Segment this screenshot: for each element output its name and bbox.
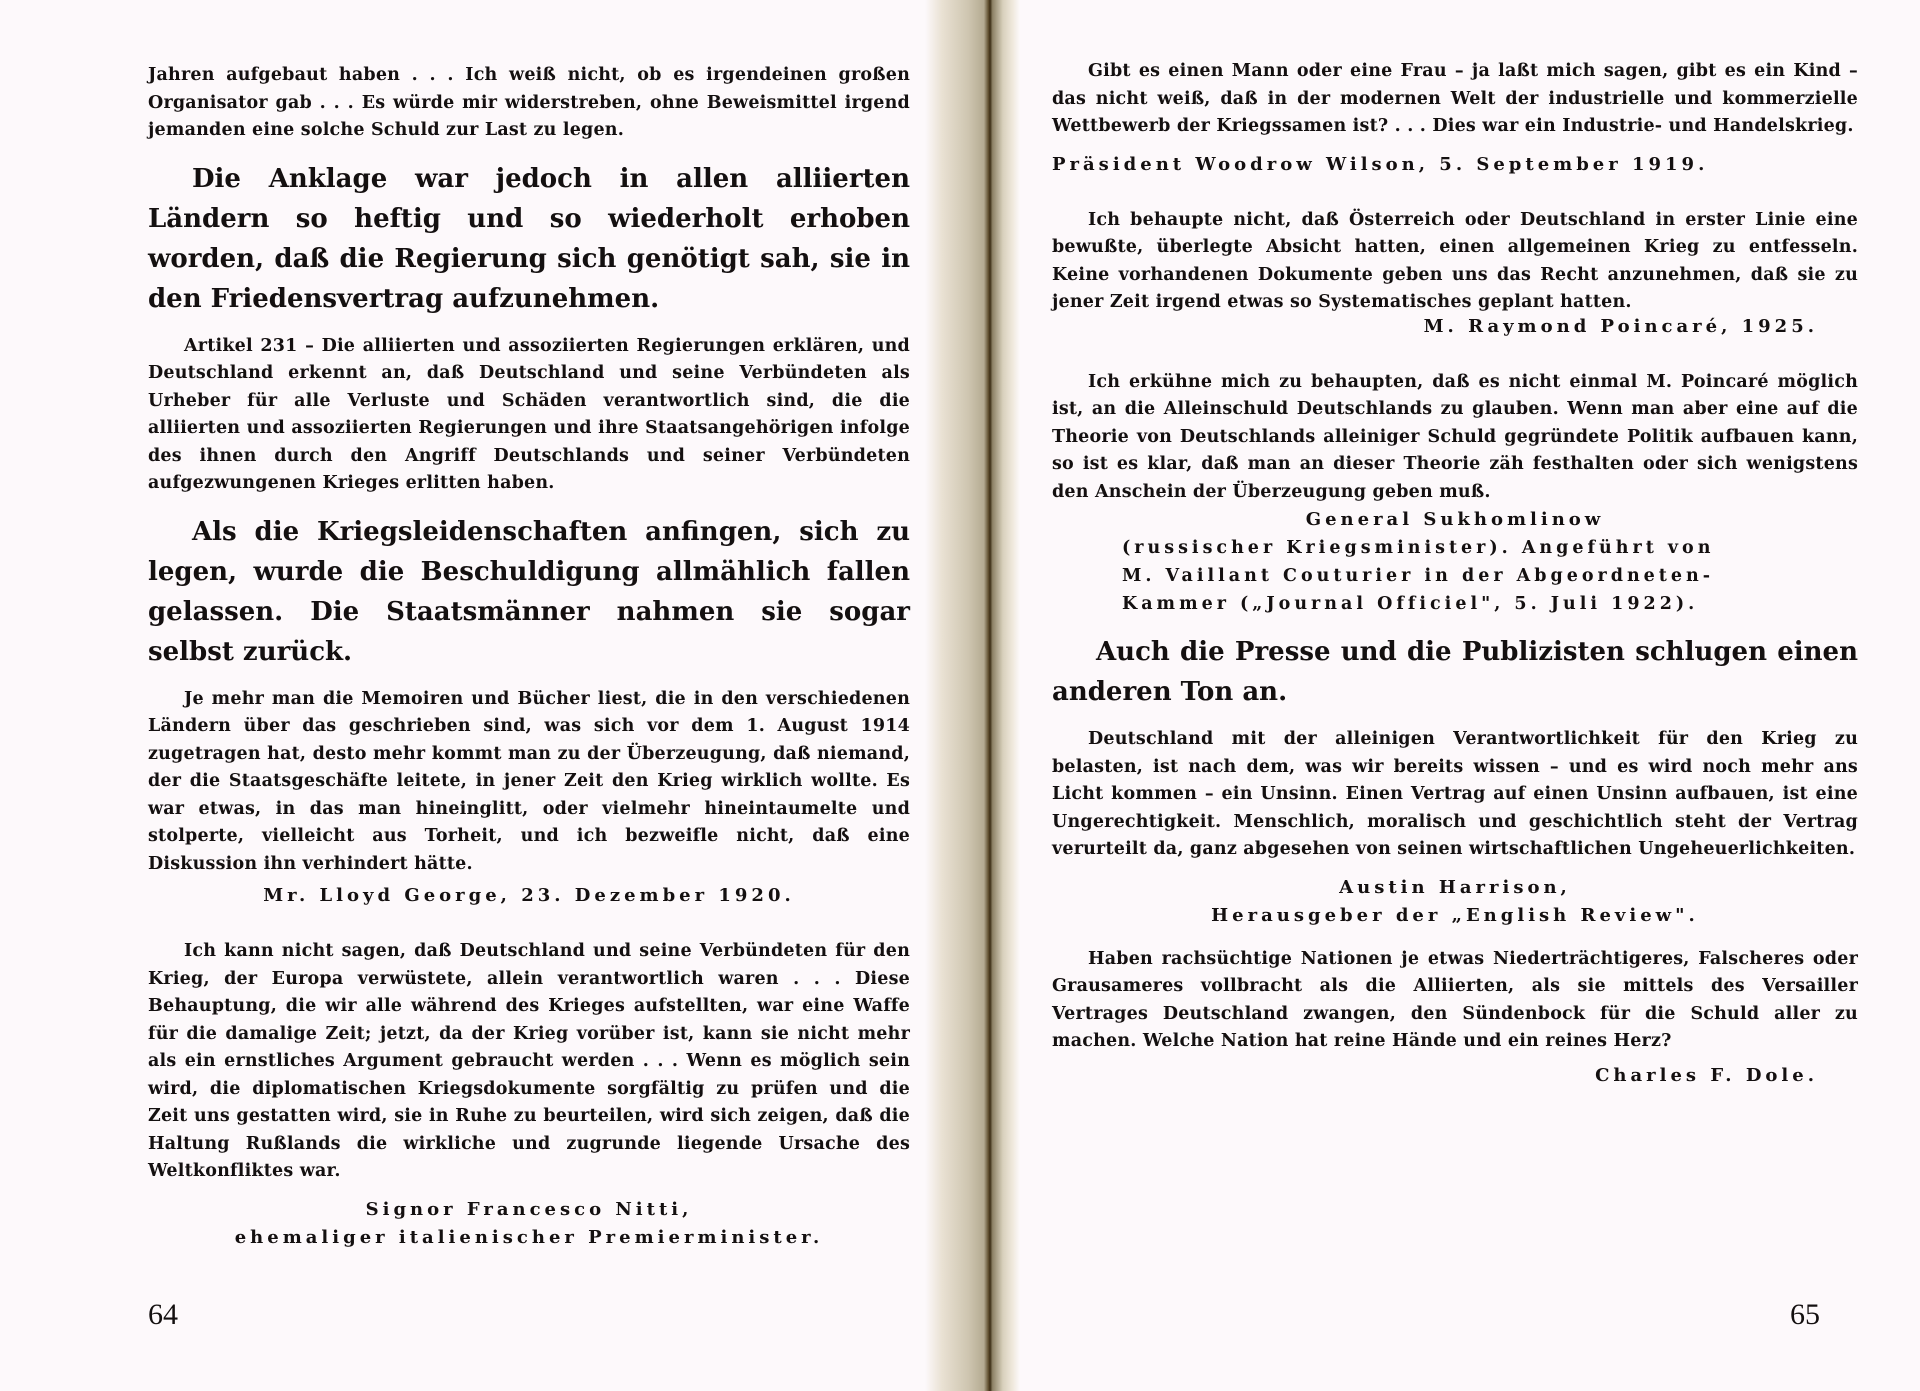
quote-poincare: Ich behaupte nicht, daß Österreich oder … — [1052, 207, 1858, 317]
lead-paragraph-war-passions: Als die Kriegsleidenschaften anfingen, s… — [148, 512, 910, 672]
quote-wilson: Gibt es einen Mann oder eine Frau – ja l… — [1052, 58, 1858, 141]
page-number: 65 — [1790, 1298, 1820, 1332]
attribution-lloyd-george: Mr. Lloyd George, 23. Dezember 1920. — [148, 882, 910, 910]
spacer — [148, 920, 910, 938]
quote-lloyd-george: Je mehr man die Memoiren und Bücher lies… — [148, 686, 910, 879]
lead-paragraph-press: Auch die Presse und die Publizisten schl… — [1052, 632, 1858, 712]
left-page: Jahren aufgebaut haben . . . Ich weiß ni… — [0, 0, 960, 1391]
attribution-sukhomlinow-line3: M. Vaillant Couturier in der Abgeordnete… — [1052, 562, 1858, 590]
attribution-sukhomlinow-line4: Kammer („Journal Officiel", 5. Juli 1922… — [1052, 590, 1858, 618]
attribution-wilson: Präsident Woodrow Wilson, 5. September 1… — [1052, 151, 1858, 179]
quote-dole: Haben rachsüchtige Nationen je etwas Nie… — [1052, 946, 1858, 1056]
attribution-sukhomlinow-line2: (russischer Kriegsminister). Angeführt v… — [1052, 534, 1858, 562]
spacer — [1052, 351, 1858, 369]
attribution-harrison-title: Herausgeber der „English Review". — [1052, 902, 1858, 930]
paragraph-continuation: Jahren aufgebaut haben . . . Ich weiß ni… — [148, 62, 910, 145]
attribution-harrison-name: Austin Harrison, — [1052, 874, 1858, 902]
spacer — [1052, 189, 1858, 207]
quote-nitti: Ich kann nicht sagen, daß Deutschland un… — [148, 938, 910, 1186]
book-spread: Jahren aufgebaut haben . . . Ich weiß ni… — [0, 0, 1920, 1391]
lead-paragraph-accusation: Die Anklage war jedoch in allen alliiert… — [148, 159, 910, 319]
attribution-nitti-title: ehemaliger italienischer Premierminister… — [148, 1224, 910, 1252]
attribution-sukhomlinow-name: General Sukhomlinow — [1052, 506, 1858, 534]
page-number: 64 — [148, 1298, 178, 1332]
right-page: Gibt es einen Mann oder eine Frau – ja l… — [960, 0, 1920, 1391]
attribution-poincare: M. Raymond Poincaré, 1925. — [1052, 313, 1858, 341]
attribution-dole: Charles F. Dole. — [1052, 1062, 1858, 1090]
quote-sukhomlinow: Ich erkühne mich zu behaupten, daß es ni… — [1052, 369, 1858, 507]
attribution-nitti-name: Signor Francesco Nitti, — [148, 1196, 910, 1224]
paragraph-article-231: Artikel 231 – Die alliierten und assozii… — [148, 333, 910, 498]
quote-harrison: Deutschland mit der alleinigen Verantwor… — [1052, 726, 1858, 864]
